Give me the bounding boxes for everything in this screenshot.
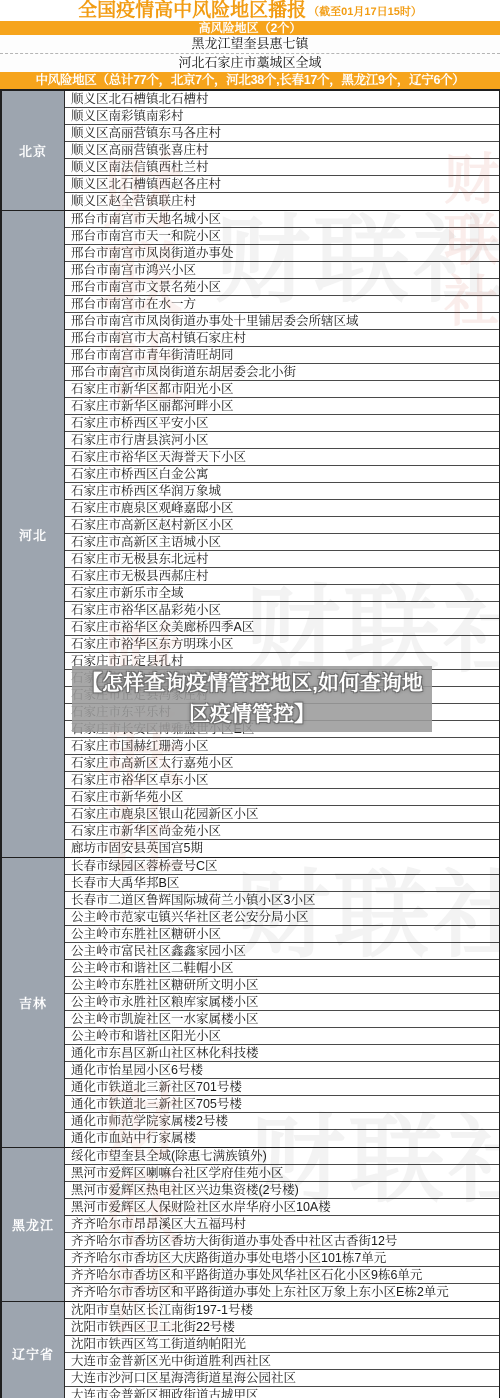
area-row: 石家庄市无极县西郝庄村 xyxy=(65,568,499,585)
area-row: 石家庄市裕华区晶彩苑小区 xyxy=(65,602,499,619)
area-row: 石家庄市鹿泉区银山花园新区小区 xyxy=(65,806,499,823)
area-row: 石家庄市裕华区天海誉天下小区 xyxy=(65,449,499,466)
area-row: 邢台市南宫市在水一方 xyxy=(65,296,499,313)
area-rows: 长春市绿园区蓉桥壹号C区长春市大禹华邦B区长春市二道区鲁辉国际城荷兰小镇小区3小… xyxy=(65,858,499,1147)
high-risk-item: 黑龙江望奎县惠七镇 xyxy=(0,35,500,54)
area-row: 石家庄市行唐县滨河小区 xyxy=(65,432,499,449)
area-row: 石家庄市高新区太行嘉苑小区 xyxy=(65,755,499,772)
mid-risk-table: 北京顺义区北石槽镇北石槽村顺义区南彩镇南彩村顺义区高丽营镇东马各庄村顺义区高丽营… xyxy=(0,89,500,1398)
area-row: 邢台市南宫市天地名城小区 xyxy=(65,211,499,228)
area-row: 顺义区赵全营镇联庄村 xyxy=(65,193,499,210)
province-section: 辽宁省沈阳市皇姑区长江南街197-1号楼沈阳市铁西区卫工北街22号楼沈阳市铁西区… xyxy=(2,1302,499,1398)
area-row: 邢台市南宫市文景名苑小区 xyxy=(65,279,499,296)
area-row: 石家庄市裕华区众美廊桥四季A区 xyxy=(65,619,499,636)
area-row: 长春市二道区鲁辉国际城荷兰小镇小区3小区 xyxy=(65,892,499,909)
area-row: 顺义区北石槽镇北石槽村 xyxy=(65,91,499,108)
report-title-row: 全国疫情高中风险地区播报 （截至01月17日15时） xyxy=(0,0,500,21)
area-row: 石家庄市新华区都市阳光小区 xyxy=(65,381,499,398)
area-row: 通化市师范学院家属楼2号楼 xyxy=(65,1113,499,1130)
area-row: 邢台市南宫市鸿兴小区 xyxy=(65,262,499,279)
area-rows: 邢台市南宫市天地名城小区邢台市南宫市天一和院小区邢台市南宫市凤岗街道办事处邢台市… xyxy=(65,211,499,857)
area-row: 绥化市望奎县全域(除惠七满族镇外) xyxy=(65,1148,499,1165)
high-risk-item: 河北石家庄市藁城区全域 xyxy=(0,54,500,72)
area-row: 顺义区北石槽镇西赵各庄村 xyxy=(65,176,499,193)
report-title: 全国疫情高中风险地区播报 xyxy=(78,0,306,21)
report-title-timestamp: （截至01月17日15时） xyxy=(308,3,422,21)
area-row: 沈阳市皇姑区长江南街197-1号楼 xyxy=(65,1302,499,1319)
area-row: 公主岭市凯旋社区一水家属楼小区 xyxy=(65,1011,499,1028)
area-row: 黑河市爱辉区喇嘛台社区学府佳苑小区 xyxy=(65,1165,499,1182)
promo-overlay-line2: 区疫情管控】 xyxy=(189,699,315,730)
area-rows: 顺义区北石槽镇北石槽村顺义区南彩镇南彩村顺义区高丽营镇东马各庄村顺义区高丽营镇张… xyxy=(65,91,499,210)
area-row: 大连市沙河口区星海湾街道星海公园社区 xyxy=(65,1370,499,1387)
area-row: 齐齐哈尔市香坊区香坊大街街道办事处香中社区古香街12号 xyxy=(65,1233,499,1250)
area-row: 大连市金普新区光中街道胜利西社区 xyxy=(65,1353,499,1370)
province-section: 黑龙江绥化市望奎县全域(除惠七满族镇外)黑河市爱辉区喇嘛台社区学府佳苑小区黑河市… xyxy=(2,1148,499,1302)
area-row: 通化市血站中行家属楼 xyxy=(65,1130,499,1147)
area-row: 石家庄市高新区主语城小区 xyxy=(65,534,499,551)
risk-report-infographic: { "header": { "title": "全国疫情高中风险地区播报", "… xyxy=(0,0,500,1398)
province-section: 河北邢台市南宫市天地名城小区邢台市南宫市天一和院小区邢台市南宫市凤岗街道办事处邢… xyxy=(2,211,499,858)
area-row: 齐齐哈尔市香坊区和平路街道办事处上东社区万象上东小区E栋2单元 xyxy=(65,1284,499,1301)
area-row: 黑河市爱辉区人保财险社区水岸华府小区10A楼 xyxy=(65,1199,499,1216)
area-row: 石家庄市鹿泉区观峰嘉邸小区 xyxy=(65,500,499,517)
area-row: 邢台市南宫市青年街清旺胡同 xyxy=(65,347,499,364)
province-label: 河北 xyxy=(2,211,65,857)
area-row: 大连市金普新区拥政街道古城甲区 xyxy=(65,1387,499,1398)
area-row: 顺义区高丽营镇东马各庄村 xyxy=(65,125,499,142)
province-label: 北京 xyxy=(2,91,65,210)
area-row: 石家庄市桥西区华润万象城 xyxy=(65,483,499,500)
area-row: 廊坊市固安县英国宫5期 xyxy=(65,840,499,857)
area-row: 邢台市南宫市天一和院小区 xyxy=(65,228,499,245)
area-row: 公主岭市和谐社区阳光小区 xyxy=(65,1028,499,1045)
area-row: 黑河市爱辉区热电社区兴边集资楼(2号楼) xyxy=(65,1182,499,1199)
area-row: 长春市绿园区蓉桥壹号C区 xyxy=(65,858,499,875)
area-row: 石家庄市新乐市全域 xyxy=(65,585,499,602)
area-row: 公主岭市范家屯镇兴华社区老公安分局小区 xyxy=(65,909,499,926)
area-row: 齐齐哈尔市香坊区和平路街道办事处风华社区石化小区9栋6单元 xyxy=(65,1267,499,1284)
area-row: 公主岭市永胜社区粮库家属楼小区 xyxy=(65,994,499,1011)
area-row: 齐齐哈尔市昂昂溪区大五福玛村 xyxy=(65,1216,499,1233)
area-row: 石家庄市国赫红珊湾小区 xyxy=(65,738,499,755)
area-row: 通化市怡星园小区6号楼 xyxy=(65,1062,499,1079)
area-row: 石家庄市新华苑小区 xyxy=(65,789,499,806)
province-label: 辽宁省 xyxy=(2,1302,65,1398)
area-row: 通化市铁道北三新社区701号楼 xyxy=(65,1079,499,1096)
area-rows: 绥化市望奎县全域(除惠七满族镇外)黑河市爱辉区喇嘛台社区学府佳苑小区黑河市爱辉区… xyxy=(65,1148,499,1301)
area-row: 公主岭市和谐社区二鞋帽小区 xyxy=(65,960,499,977)
area-row: 邢台市南宫市凤岗街道办事处十里铺居委会所辖区域 xyxy=(65,313,499,330)
area-row: 石家庄市桥西区平安小区 xyxy=(65,415,499,432)
area-row: 石家庄市桥西区白金公寓 xyxy=(65,466,499,483)
area-row: 石家庄市无极县东北远村 xyxy=(65,551,499,568)
area-row: 公主岭市富民社区鑫鑫家园小区 xyxy=(65,943,499,960)
area-row: 沈阳市铁西区笃工街道纳帕阳光 xyxy=(65,1336,499,1353)
province-label: 黑龙江 xyxy=(2,1148,65,1301)
area-row: 石家庄市新华区丽都河畔小区 xyxy=(65,398,499,415)
area-row: 邢台市南宫市大高村镇石家庄村 xyxy=(65,330,499,347)
area-row: 邢台市南宫市凤岗街道东胡居委会北小街 xyxy=(65,364,499,381)
high-risk-header-bar: 高风险地区（2个） xyxy=(0,21,500,35)
area-row: 顺义区南法信镇西杜兰村 xyxy=(65,159,499,176)
area-rows: 沈阳市皇姑区长江南街197-1号楼沈阳市铁西区卫工北街22号楼沈阳市铁西区笃工街… xyxy=(65,1302,499,1398)
area-row: 邢台市南宫市凤岗街道办事处 xyxy=(65,245,499,262)
province-label: 吉林 xyxy=(2,858,65,1147)
province-section: 北京顺义区北石槽镇北石槽村顺义区南彩镇南彩村顺义区高丽营镇东马各庄村顺义区高丽营… xyxy=(2,91,499,211)
area-row: 长春市大禹华邦B区 xyxy=(65,875,499,892)
mid-risk-header-bar: 中风险地区（总计77个，北京7个，河北38个,长春17个，黑龙江9个，辽宁6个） xyxy=(0,72,500,89)
area-row: 沈阳市铁西区卫工北街22号楼 xyxy=(65,1319,499,1336)
area-row: 石家庄市高新区赵村新区小区 xyxy=(65,517,499,534)
area-row: 公主岭市东胜社区糖研小区 xyxy=(65,926,499,943)
area-row: 石家庄市裕华区卓东小区 xyxy=(65,772,499,789)
province-section: 吉林长春市绿园区蓉桥壹号C区长春市大禹华邦B区长春市二道区鲁辉国际城荷兰小镇小区… xyxy=(2,858,499,1148)
area-row: 石家庄市裕华区东方明珠小区 xyxy=(65,636,499,653)
area-row: 通化市东昌区新山社区林化科技楼 xyxy=(65,1045,499,1062)
area-row: 公主岭市东胜社区糖研所文明小区 xyxy=(65,977,499,994)
area-row: 石家庄市新华区尚金苑小区 xyxy=(65,823,499,840)
area-row: 顺义区高丽营镇张喜庄村 xyxy=(65,142,499,159)
area-row: 通化市铁道北三新社区705号楼 xyxy=(65,1096,499,1113)
area-row: 齐齐哈尔市香坊区大庆路街道办事处电塔小区101栋7单元 xyxy=(65,1250,499,1267)
promo-overlay-line1: 【怎样查询疫情管控地区,如何查询地 xyxy=(81,668,423,699)
promo-overlay: 【怎样查询疫情管控地区,如何查询地 区疫情管控】 xyxy=(72,666,432,732)
area-row: 顺义区南彩镇南彩村 xyxy=(65,108,499,125)
